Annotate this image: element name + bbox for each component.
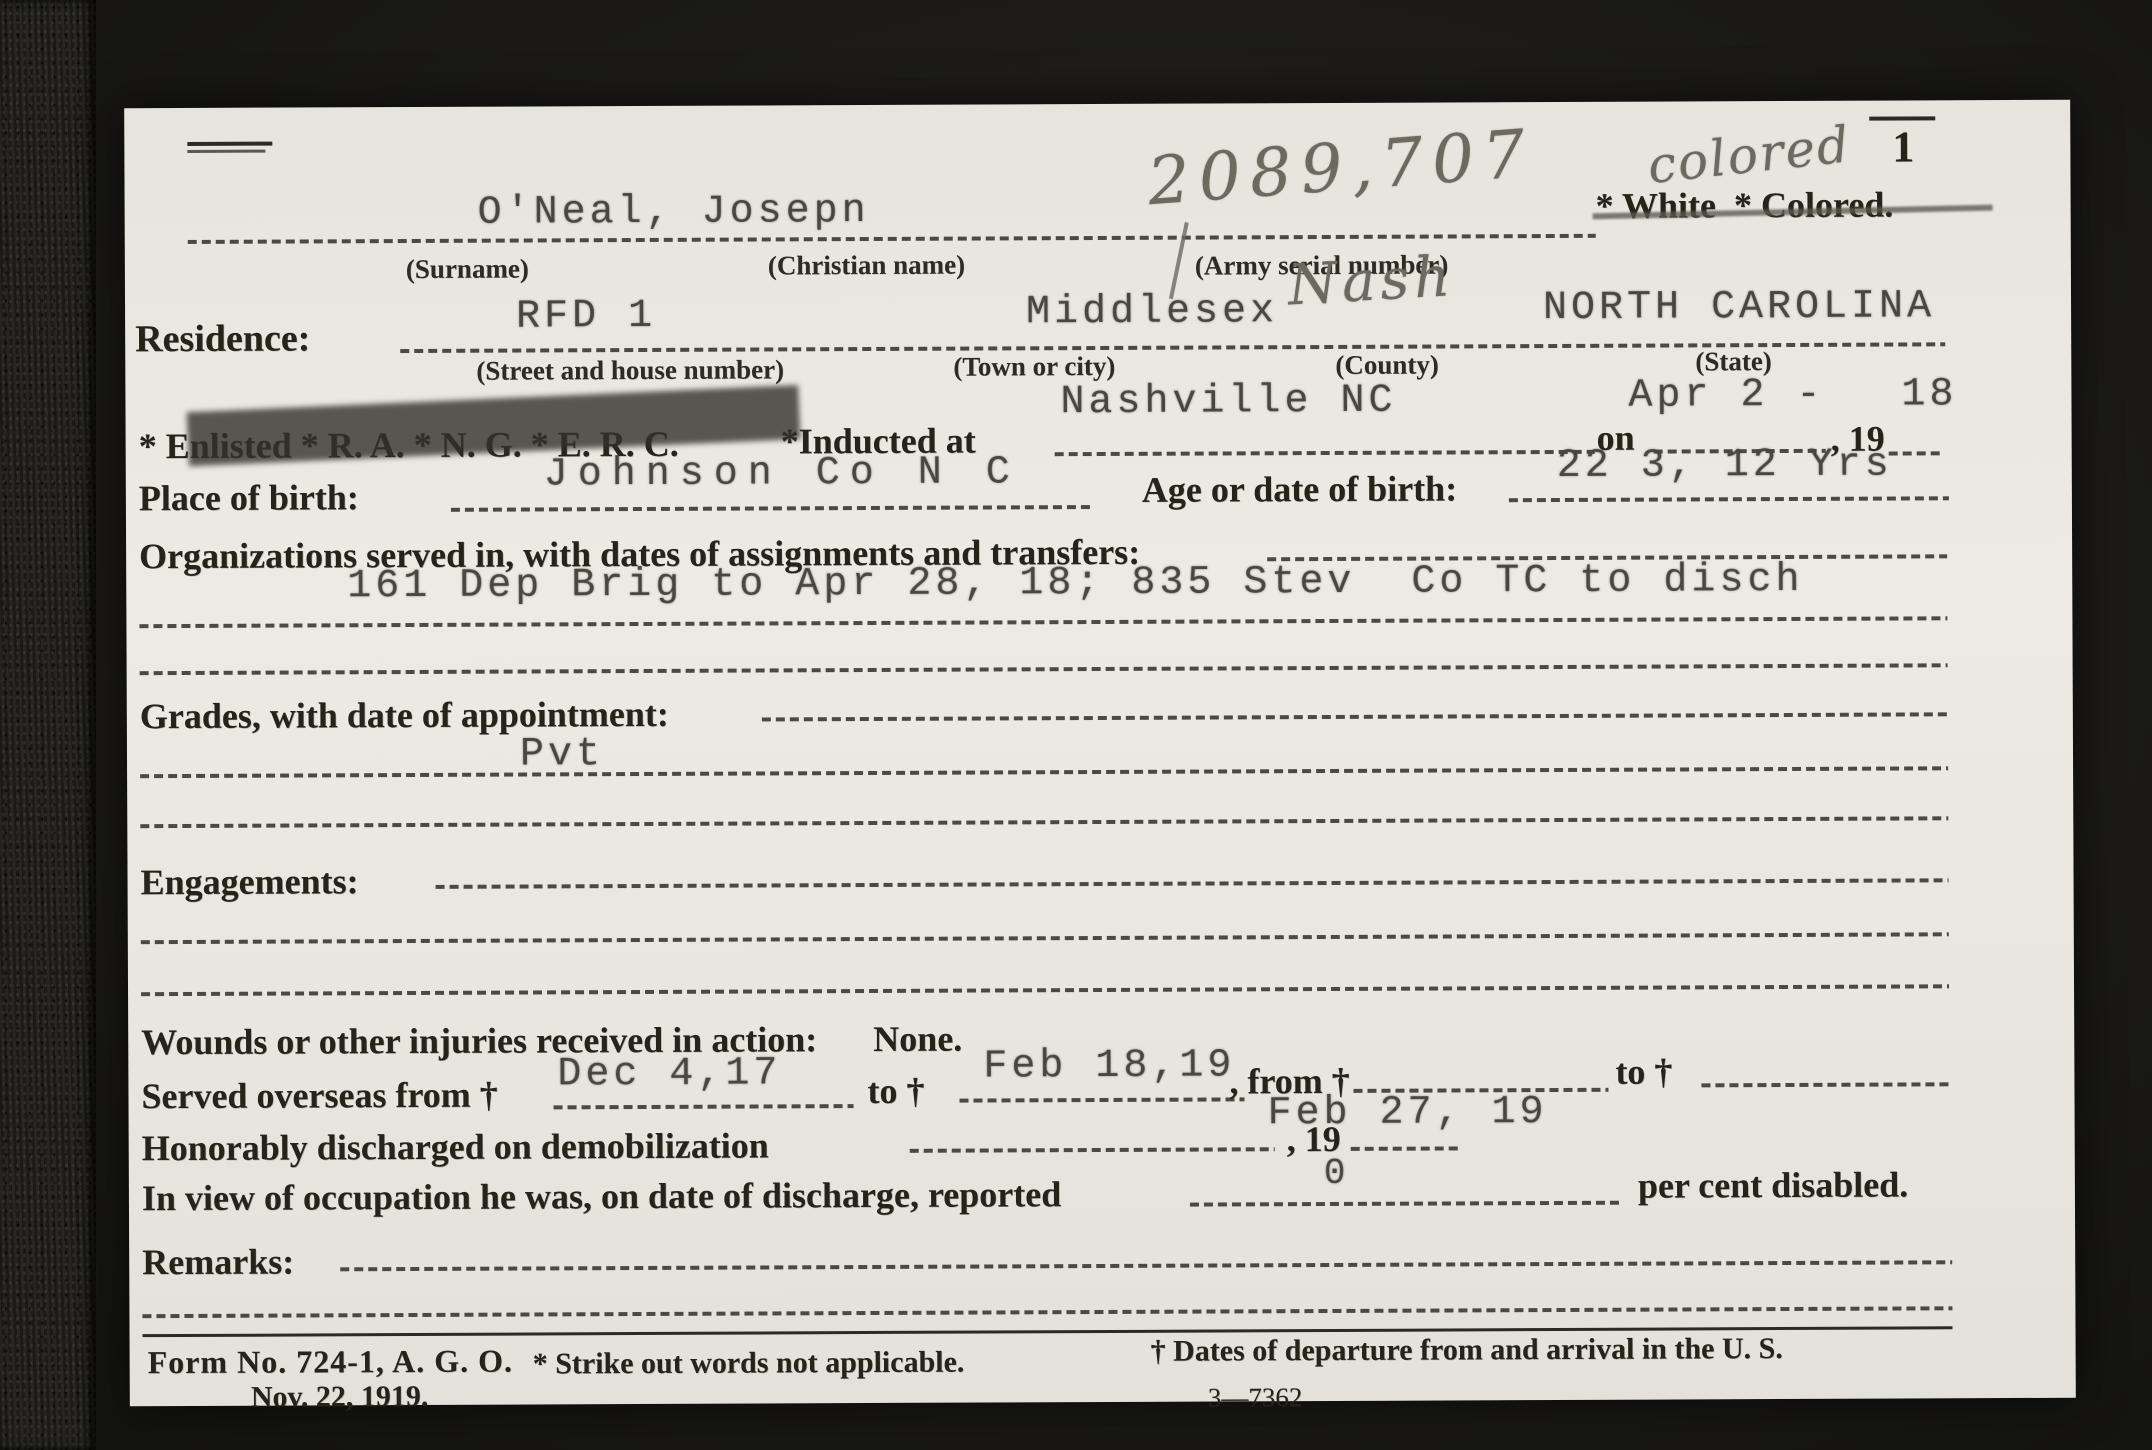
dotted-rule	[340, 1260, 1952, 1271]
christian-name-label: (Christian name)	[768, 251, 965, 280]
birth-place-label: Place of birth:	[139, 479, 359, 518]
dotted-rule	[188, 234, 1596, 244]
scanned-page: 1 O'Neal, Josepn 2089,707 colored * Whit…	[0, 0, 2152, 1450]
registration-mark	[187, 150, 265, 153]
form-date: Nov. 22, 1919.	[251, 1381, 429, 1413]
dotted-rule	[910, 1147, 1275, 1153]
dotted-rule	[140, 816, 1948, 828]
county-value-handwritten: Nash	[1286, 248, 1456, 316]
dotted-rule	[141, 932, 1949, 944]
page-number: 1	[1892, 124, 1914, 170]
discharge-stray-character: 0	[1324, 1155, 1350, 1193]
form-number: Form No. 724-1, A. G. O.	[148, 1345, 513, 1380]
dotted-rule	[142, 1306, 1952, 1318]
town-label: (Town or city)	[953, 352, 1115, 381]
street-value: RFD 1	[516, 296, 656, 339]
page-number-overline	[1869, 116, 1935, 120]
organizations-value: 161 Dep Brig to Apr 28, 18; 835 Stev Co …	[347, 560, 1803, 608]
dotted-rule	[451, 505, 1091, 512]
state-label: (State)	[1695, 347, 1772, 376]
dotted-rule	[1190, 1201, 1622, 1207]
name-value: O'Neal, Josepn	[478, 191, 870, 235]
overseas-to-value: Feb 18,19	[983, 1045, 1235, 1088]
grade-value: Pvt	[520, 734, 604, 776]
engagements-label: Engagements:	[140, 863, 358, 902]
county-label: (County)	[1335, 351, 1439, 380]
enlist-year-value: 18	[1901, 374, 1957, 416]
dotted-rule	[554, 1104, 854, 1109]
strike-out-note: * Strike out words not applicable.	[533, 1347, 965, 1380]
state-value: NORTH CAROLINA	[1543, 286, 1935, 330]
print-code: 3—7362	[1208, 1383, 1303, 1412]
dotted-rule	[140, 766, 1948, 778]
overseas-from-label: Served overseas from †	[141, 1077, 497, 1116]
serial-number-handwritten: 2089,707	[1145, 119, 1536, 217]
dotted-rule	[436, 878, 1949, 889]
age-label: Age or date of birth:	[1142, 470, 1457, 509]
dagger-note: † Dates of departure from and arrival in…	[1151, 1333, 1783, 1367]
registration-mark	[187, 142, 272, 146]
discharge-label: Honorably discharged on demobilization	[142, 1127, 769, 1168]
dotted-rule	[1701, 1082, 1951, 1087]
dotted-rule	[141, 984, 1949, 996]
age-value: 22 3, 12 Yrs	[1557, 445, 1893, 488]
dotted-rule	[139, 616, 1947, 628]
book-spine	[0, 0, 96, 1450]
overseas-to-label: to †	[867, 1073, 924, 1111]
pen-stroke	[1169, 222, 1189, 299]
enlist-date-value: Apr 2 -	[1628, 375, 1824, 418]
disability-suffix-label: per cent disabled.	[1638, 1166, 1909, 1205]
inducted-place-value: Nashville NC	[1060, 381, 1396, 424]
disability-label: In view of occupation he was, on date of…	[142, 1176, 1061, 1218]
dotted-rule	[1509, 496, 1949, 502]
race-options-printed: * White * Colored.	[1596, 187, 1894, 226]
grades-label: Grades, with date of appointment:	[140, 696, 669, 736]
race-note-handwritten: colored	[1645, 118, 1853, 192]
remarks-label: Remarks:	[142, 1244, 294, 1282]
residence-label: Residence:	[135, 319, 310, 360]
overseas-from-value: Dec 4,17	[557, 1053, 781, 1096]
wounds-value: None.	[873, 1021, 962, 1059]
dotted-rule	[140, 663, 1948, 675]
surname-label: (Surname)	[406, 254, 529, 283]
birth-place-value: Johnson Co N C	[544, 452, 1020, 496]
dotted-rule	[1055, 450, 1595, 456]
dotted-rule	[960, 1097, 1245, 1102]
service-record-card: 1 O'Neal, Josepn 2089,707 colored * Whit…	[124, 100, 2076, 1406]
overseas-to2-label: to †	[1615, 1054, 1672, 1092]
dotted-rule	[1351, 1146, 1459, 1150]
street-label: (Street and house number)	[476, 355, 784, 385]
dotted-rule	[762, 712, 1948, 721]
town-value: Middlesex	[1026, 291, 1278, 334]
dotted-rule	[1889, 451, 1944, 455]
